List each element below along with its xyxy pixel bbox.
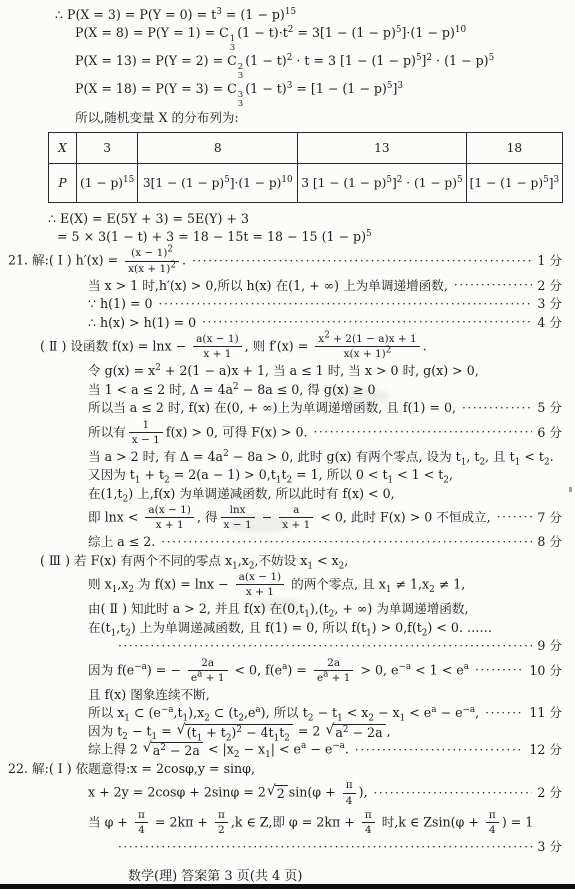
solution-line: 所以,随机变量 X 的分布列为:: [0, 109, 575, 128]
dot-leader: ········································…: [475, 663, 524, 678]
line-text: 在(t1,t2) 上为单调递减函数, 且 f(1) = 0, 所以 f(t1) …: [88, 620, 492, 636]
line-text: 在(1,t2) 上,f(x) 为单调递减函数, 所以此时有 f(x) < 0,: [88, 486, 395, 502]
dot-leader: ········································…: [313, 425, 532, 440]
line-text: ( Ⅲ ) 若 F(x) 有两个不同的零点 x1,x2,不妨设 x1 < x2,: [40, 553, 348, 569]
score-label: 2 分: [537, 785, 562, 801]
score-label: 12 分: [529, 742, 562, 758]
solution-line: 当 1 < a ≤ 2 时, Δ = 4a2 − 8a ≤ 0, 得 g(x) …: [0, 380, 575, 399]
dot-leader: ········································…: [497, 510, 533, 525]
line-text: ∴ P(X = 3) = P(Y = 0) = t3 = (1 − p)15: [55, 7, 296, 23]
line-text: P(X = 8) = P(Y = 1) = C13(1 − t)·t2 = 3[…: [75, 25, 466, 53]
line-text: ∵ h(1) = 0: [88, 296, 153, 312]
dot-leader: ········································…: [161, 535, 532, 550]
score-label: 2 分: [537, 278, 562, 294]
dot-leader: ········································…: [202, 315, 532, 330]
solution-line: 因为 f(e−a) = − 2aea + 1 < 0, f(ea) = 2aea…: [0, 656, 575, 686]
line-text: 且 f(x) 图象连续不断,: [88, 687, 210, 703]
line-text: 因为 f(e−a) = − 2aea + 1 < 0, f(ea) = 2aea…: [88, 656, 469, 686]
solution-line: 21. 解:( Ⅰ ) h′(x) = (x − 1)2x(x + 1)2.··…: [0, 246, 575, 276]
line-text: 综上得 2 √a2 − 2a < |x2 − x1| < ea − e−a.: [88, 741, 349, 759]
score-label: 10 分: [529, 663, 562, 679]
table-cell: P: [49, 164, 77, 203]
solution-line: 因为 t2 − t1 = √(t1 + t2)2 − 4t1t2 = 2 √a2…: [0, 722, 575, 741]
page-container: ∴ P(X = 3) = P(Y = 0) = t3 = (1 − p)15P(…: [0, 0, 575, 889]
table-cell: 3 [1 − (1 − p)5]2 · (1 − p)5: [298, 164, 466, 203]
line-text: P(X = 18) = P(Y = 3) = C33(1 − t)3 = [1 …: [75, 81, 403, 109]
score-label: 5 分: [537, 400, 562, 416]
dot-leader: ········································…: [454, 278, 533, 293]
score-label: 3 分: [537, 839, 562, 855]
table-cell: 8: [138, 133, 298, 164]
solution-line: ∴ P(X = 3) = P(Y = 0) = t3 = (1 − p)15: [0, 6, 575, 25]
dot-leader: ········································…: [462, 401, 532, 416]
line-text: 又因为 t1 + t2 = 2(a − 1) > 0,t1t2 = 1, 所以 …: [88, 467, 453, 483]
solution-line: 令 g(x) = x2 + 2(1 − a)x + 1, 当 a ≤ 1 时, …: [0, 362, 575, 381]
score-label: 9 分: [537, 638, 562, 654]
score-label: 6 分: [537, 425, 562, 441]
line-text: 综上 a ≤ 2.: [88, 534, 155, 550]
solution-line: 在(t1,t2) 上为单调递减函数, 且 f(1) = 0, 所以 f(t1) …: [0, 618, 575, 637]
solution-line: 当 x > 1 时,h′(x) > 0,所以 h(x) 在(1, + ∞) 上为…: [0, 276, 575, 295]
line-text: ( Ⅱ ) 设函数 f(x) = lnx − a(x − 1)x + 1, 则 …: [40, 332, 427, 362]
table-row: X381318: [49, 133, 563, 164]
solution-line: P(X = 13) = P(Y = 2) = C23(1 − t)2 · t =…: [0, 53, 575, 81]
solution-line: P(X = 18) = P(Y = 3) = C33(1 − t)3 = [1 …: [0, 81, 575, 109]
dot-leader: ········································…: [355, 743, 524, 758]
solution-line: 又因为 t1 + t2 = 2(a − 1) > 0,t1t2 = 1, 所以 …: [0, 466, 575, 485]
dot-leader: ········································…: [374, 786, 533, 801]
solution-line: 所以 x1 ⊂ (e−a,t1),x2 ⊂ (t2,ea), 所以 t2 − t…: [0, 704, 575, 723]
table-cell: 3[1 − (1 − p)5]·(1 − p)10: [138, 164, 298, 203]
line-text: 当 x > 1 时,h′(x) > 0,所以 h(x) 在(1, + ∞) 上为…: [88, 278, 448, 294]
line-text: 当 a > 2 时, 有 Δ = 4a2 − 8a > 0, 此时 g(x) 有…: [88, 449, 554, 465]
table-cell: X: [49, 133, 77, 164]
dot-leader: ········································…: [192, 254, 532, 269]
table-cell: 3: [77, 133, 138, 164]
solution-line: ∴ h(x) > h(1) = 0·······················…: [0, 313, 575, 332]
line-text: P(X = 13) = P(Y = 2) = C23(1 − t)2 · t =…: [75, 53, 494, 81]
solution-line: 在(1,t2) 上,f(x) 为单调递减函数, 所以此时有 f(x) < 0,: [0, 484, 575, 503]
scan-smudge: [225, 515, 295, 533]
solution-line: ∴ E(X) = E(5Y + 3) = 5E(Y) + 3: [0, 209, 575, 228]
solution-line: 综上得 2 √a2 − 2a < |x2 − x1| < ea − e−a.··…: [0, 741, 575, 760]
solution-line: x + 2y = 2cosφ + 2sinφ = 2√2sin(φ + π4),…: [0, 778, 575, 808]
solution-line: 所以有1x − 1f(x) > 0, 可得 F(x) > 0.·········…: [0, 418, 575, 448]
dot-leader: ········································…: [118, 840, 532, 855]
score-label: 7 分: [537, 510, 562, 526]
solution-line: P(X = 8) = P(Y = 1) = C13(1 − t)·t2 = 3[…: [0, 25, 575, 53]
solution-line: 22. 解:( Ⅰ ) 依题意得:x = 2cosφ,y = sinφ,: [0, 760, 575, 779]
table-cell: (1 − p)15: [77, 164, 138, 203]
line-text: 所以,随机变量 X 的分布列为:: [75, 110, 239, 126]
scan-smudge: [330, 388, 390, 404]
solution-line: ( Ⅱ ) 设函数 f(x) = lnx − a(x − 1)x + 1, 则 …: [0, 332, 575, 362]
bottom-scan-edge: [0, 884, 575, 889]
score-label: 1 分: [537, 253, 562, 269]
line-text: ∴ h(x) > h(1) = 0: [88, 315, 196, 331]
score-label: 11 分: [529, 705, 562, 721]
solution-line: ········································…: [0, 637, 575, 656]
line-text: 22. 解:( Ⅰ ) 依题意得:x = 2cosφ,y = sinφ,: [8, 761, 255, 777]
line-text: 21. 解:( Ⅰ ) h′(x) = (x − 1)2x(x + 1)2.: [8, 246, 186, 276]
table-cell: [1 − (1 − p)5]3: [466, 164, 562, 203]
distribution-table: X381318P(1 − p)153[1 − (1 − p)5]·(1 − p)…: [48, 132, 563, 203]
line-text: 所以当 a ≤ 2 时, f(x) 在(0, + ∞)上为单调递增函数, 且 f…: [88, 400, 456, 416]
line-text: 当 φ + π4 = 2kπ + π2,k ∈ Z,即 φ = 2kπ + π4…: [88, 808, 533, 838]
solution-line: 则 x1,x2 为 f(x) = lnx − a(x − 1)x + 1 的两个…: [0, 570, 575, 600]
dot-leader: ········································…: [485, 706, 524, 721]
score-label: 4 分: [537, 315, 562, 331]
solution-line: 综上 a ≤ 2.·······························…: [0, 533, 575, 552]
solution-line: ( Ⅲ ) 若 F(x) 有两个不同的零点 x1,x2,不妨设 x1 < x2,: [0, 551, 575, 570]
scan-smudge: [255, 598, 305, 612]
line-text: 因为 t2 − t1 = √(t1 + t2)2 − 4t1t2 = 2 √a2…: [88, 723, 391, 741]
line-text: 所以 x1 ⊂ (e−a,t1),x2 ⊂ (t2,ea), 所以 t2 − t…: [88, 705, 479, 721]
solution-line: = 5 × 3(1 − t) + 3 = 18 − 15t = 18 − 15 …: [0, 228, 575, 247]
scan-speck: [569, 487, 572, 492]
table-cell: 18: [466, 133, 562, 164]
line-text: 则 x1,x2 为 f(x) = lnx − a(x − 1)x + 1 的两个…: [88, 570, 465, 600]
line-text: x + 2y = 2cosφ + 2sinφ = 2√2sin(φ + π4),: [88, 778, 368, 808]
score-label: 3 分: [537, 296, 562, 312]
solution-line: 且 f(x) 图象连续不断,: [0, 685, 575, 704]
table-cell: 13: [298, 133, 466, 164]
solution-block-main: ∴ E(X) = E(5Y + 3) = 5E(Y) + 3= 5 × 3(1 …: [0, 209, 575, 856]
line-text: ∴ E(X) = E(5Y + 3) = 5E(Y) + 3: [48, 211, 249, 227]
solution-line: 当 a > 2 时, 有 Δ = 4a2 − 8a > 0, 此时 g(x) 有…: [0, 447, 575, 466]
line-text: 所以有1x − 1f(x) > 0, 可得 F(x) > 0.: [88, 418, 307, 448]
score-label: 8 分: [537, 534, 562, 550]
line-text: = 5 × 3(1 − t) + 3 = 18 − 15t = 18 − 15 …: [57, 229, 372, 245]
solution-line: 所以当 a ≤ 2 时, f(x) 在(0, + ∞)上为单调递增函数, 且 f…: [0, 399, 575, 418]
solution-block-top: ∴ P(X = 3) = P(Y = 0) = t3 = (1 − p)15P(…: [0, 6, 575, 127]
solution-line: 当 φ + π4 = 2kπ + π2,k ∈ Z,即 φ = 2kπ + π4…: [0, 808, 575, 838]
dot-leader: ········································…: [118, 639, 532, 654]
line-text: 令 g(x) = x2 + 2(1 − a)x + 1, 当 a ≤ 1 时, …: [88, 363, 479, 379]
dot-leader: ········································…: [159, 297, 533, 312]
table-row: P(1 − p)153[1 − (1 − p)5]·(1 − p)103 [1 …: [49, 164, 563, 203]
solution-content: ∴ P(X = 3) = P(Y = 0) = t3 = (1 − p)15P(…: [0, 0, 575, 886]
solution-line: ∵ h(1) = 0······························…: [0, 295, 575, 314]
solution-line: ········································…: [0, 838, 575, 857]
